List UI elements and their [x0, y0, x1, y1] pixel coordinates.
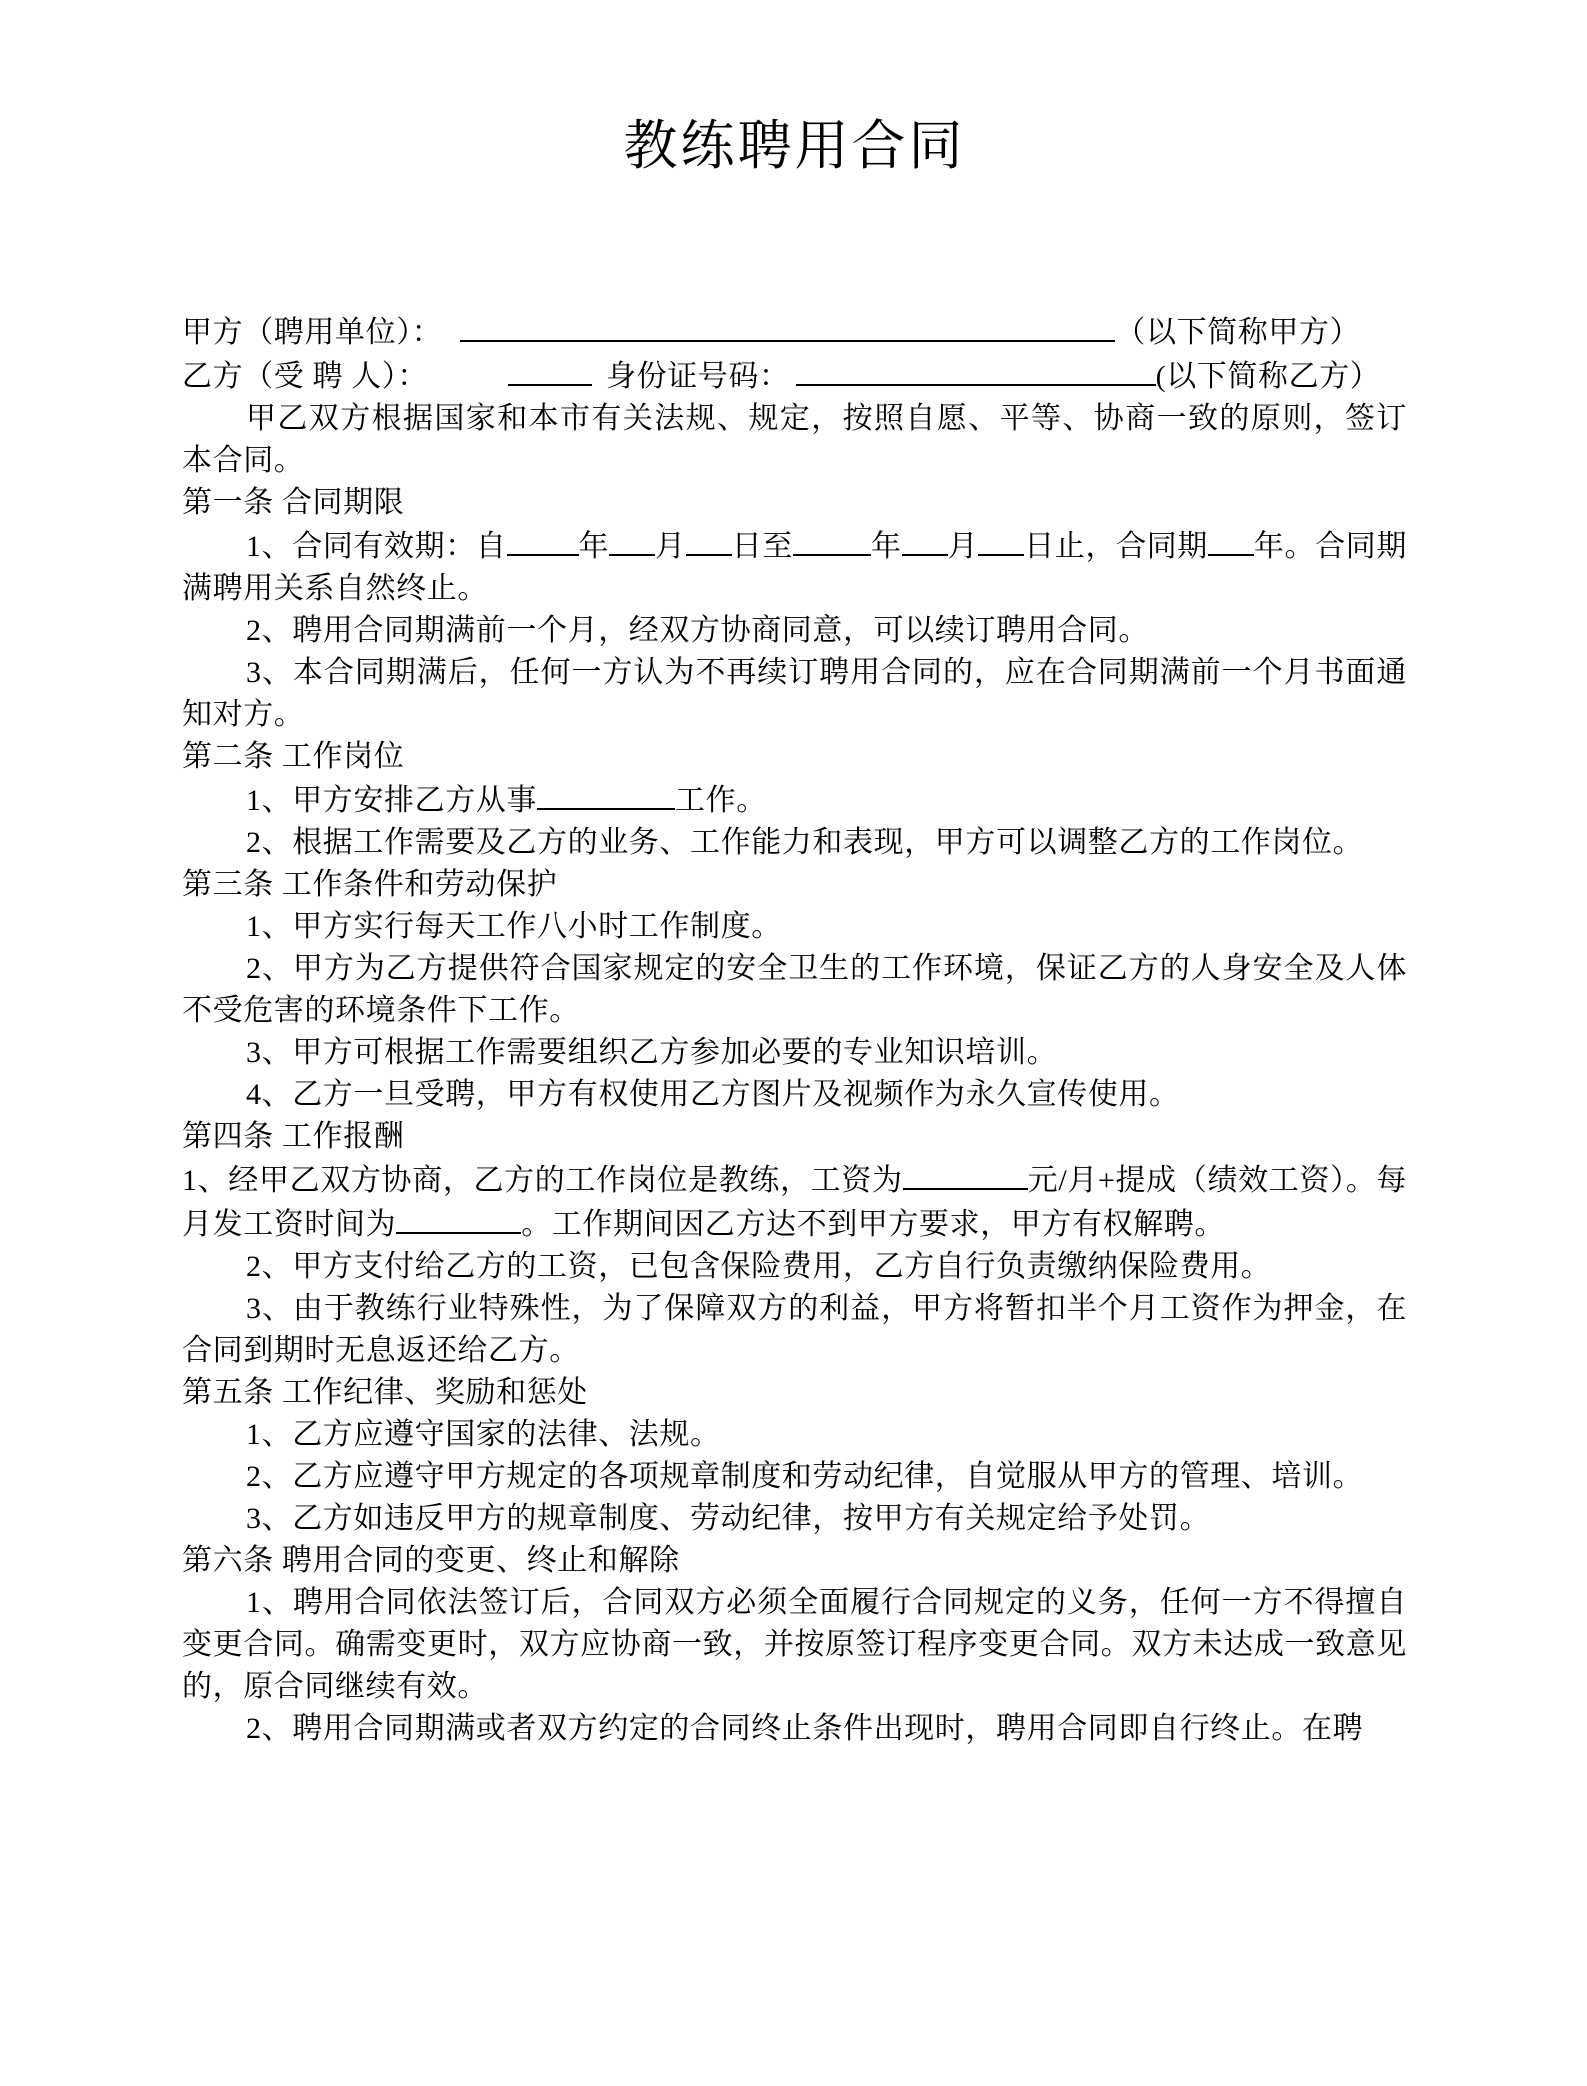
clause-1-1-text: 1、合同有效期：自: [246, 530, 507, 563]
clause-4-1-text: 1、经甲乙双方协商，乙方的工作岗位是教练，工资为: [182, 1164, 903, 1197]
intro-paragraph: 甲乙双方根据国家和本市有关法规、规定，按照自愿、平等、协商一致的原则，签订本合同…: [182, 398, 1407, 482]
section-6-heading: 第六条 聘用合同的变更、终止和解除: [182, 1540, 1407, 1582]
clause-3-4: 4、乙方一旦受聘，甲方有权使用乙方图片及视频作为永久宣传使用。: [182, 1074, 1407, 1116]
end-day-blank[interactable]: [978, 524, 1024, 556]
clause-4-1-tail: 。工作期间因乙方达不到甲方要求，甲方有权解聘。: [521, 1208, 1225, 1241]
job-title-blank[interactable]: [537, 778, 675, 810]
start-month-blank[interactable]: [609, 524, 655, 556]
start-day-blank[interactable]: [686, 524, 732, 556]
party-a-suffix: （以下简称甲方）: [1115, 316, 1360, 349]
month-label: 月: [655, 530, 686, 563]
term-label: 日止，合同期: [1024, 530, 1208, 563]
clause-5-2: 2、乙方应遵守甲方规定的各项规章制度和劳动纪律，自觉服从甲方的管理、培训。: [182, 1456, 1407, 1498]
section-4-heading: 第四条 工作报酬: [182, 1116, 1407, 1158]
clause-4-3: 3、由于教练行业特殊性，为了保障双方的利益，甲方将暂扣半个月工资作为押金，在合同…: [182, 1288, 1407, 1372]
clause-2-1: 1、甲方安排乙方从事工作。: [182, 778, 1407, 822]
clause-6-2: 2、聘用合同期满或者双方约定的合同终止条件出现时，聘用合同即自行终止。在聘: [182, 1708, 1407, 1750]
clause-4-2: 2、甲方支付给乙方的工资，已包含保险费用，乙方自行负责缴纳保险费用。: [182, 1246, 1407, 1288]
party-b-name-blank[interactable]: [508, 354, 592, 386]
party-b-id-blank[interactable]: [796, 354, 1156, 386]
document-body: 甲方（聘用单位）：（以下简称甲方） 乙方（受 聘 人）：身份证号码：(以下简称乙…: [182, 310, 1407, 1750]
clause-5-1: 1、乙方应遵守国家的法律、法规。: [182, 1414, 1407, 1456]
clause-3-3: 3、甲方可根据工作需要组织乙方参加必要的专业知识培训。: [182, 1032, 1407, 1074]
clause-3-1: 1、甲方实行每天工作八小时工作制度。: [182, 906, 1407, 948]
clause-3-2: 2、甲方为乙方提供符合国家规定的安全卫生的工作环境，保证乙方的人身安全及人体不受…: [182, 948, 1407, 1032]
year-label: 年: [579, 530, 610, 563]
contract-page: 教练聘用合同 甲方（聘用单位）：（以下简称甲方） 乙方（受 聘 人）：身份证号码…: [0, 0, 1587, 2086]
section-1-heading: 第一条 合同期限: [182, 482, 1407, 524]
party-b-line: 乙方（受 聘 人）：身份证号码：(以下简称乙方）: [182, 354, 1407, 398]
section-3-heading: 第三条 工作条件和劳动保护: [182, 864, 1407, 906]
section-2-heading: 第二条 工作岗位: [182, 736, 1407, 778]
day-to-label: 日至: [732, 530, 793, 563]
month-label-2: 月: [948, 530, 979, 563]
payday-blank[interactable]: [396, 1202, 521, 1234]
clause-1-2: 2、聘用合同期满前一个月，经双方协商同意，可以续订聘用合同。: [182, 610, 1407, 652]
party-b-label: 乙方（受 聘 人）：: [182, 360, 428, 393]
section-5-heading: 第五条 工作纪律、奖励和惩处: [182, 1372, 1407, 1414]
end-month-blank[interactable]: [902, 524, 948, 556]
year-label-2: 年: [871, 530, 902, 563]
clause-1-1: 1、合同有效期：自年月日至年月日止，合同期年。合同期满聘用关系自然终止。: [182, 524, 1407, 610]
start-year-blank[interactable]: [507, 524, 579, 556]
end-year-blank[interactable]: [793, 524, 871, 556]
party-b-suffix: (以下简称乙方）: [1156, 360, 1381, 393]
document-title: 教练聘用合同: [182, 118, 1407, 174]
clause-1-3: 3、本合同期满后，任何一方认为不再续订聘用合同的，应在合同期满前一个月书面通知对…: [182, 652, 1407, 736]
term-years-blank[interactable]: [1208, 524, 1254, 556]
clause-6-1: 1、聘用合同依法签订后，合同双方必须全面履行合同规定的义务，任何一方不得擅自变更…: [182, 1582, 1407, 1708]
party-a-line: 甲方（聘用单位）：（以下简称甲方）: [182, 310, 1407, 354]
clause-2-1-text: 1、甲方安排乙方从事: [246, 784, 537, 817]
clause-5-3: 3、乙方如违反甲方的规章制度、劳动纪律，按甲方有关规定给予处罚。: [182, 1498, 1407, 1540]
party-a-name-blank[interactable]: [460, 310, 1115, 342]
clause-2-1-tail: 工作。: [675, 784, 767, 817]
clause-4-1: 1、经甲乙双方协商，乙方的工作岗位是教练，工资为元/月+提成（绩效工资）。每月发…: [182, 1158, 1407, 1246]
clause-2-2: 2、根据工作需要及乙方的业务、工作能力和表现，甲方可以调整乙方的工作岗位。: [182, 822, 1407, 864]
party-b-id-label: 身份证号码：: [606, 360, 790, 393]
salary-amount-blank[interactable]: [903, 1158, 1028, 1190]
party-a-label: 甲方（聘用单位）：: [182, 316, 442, 349]
